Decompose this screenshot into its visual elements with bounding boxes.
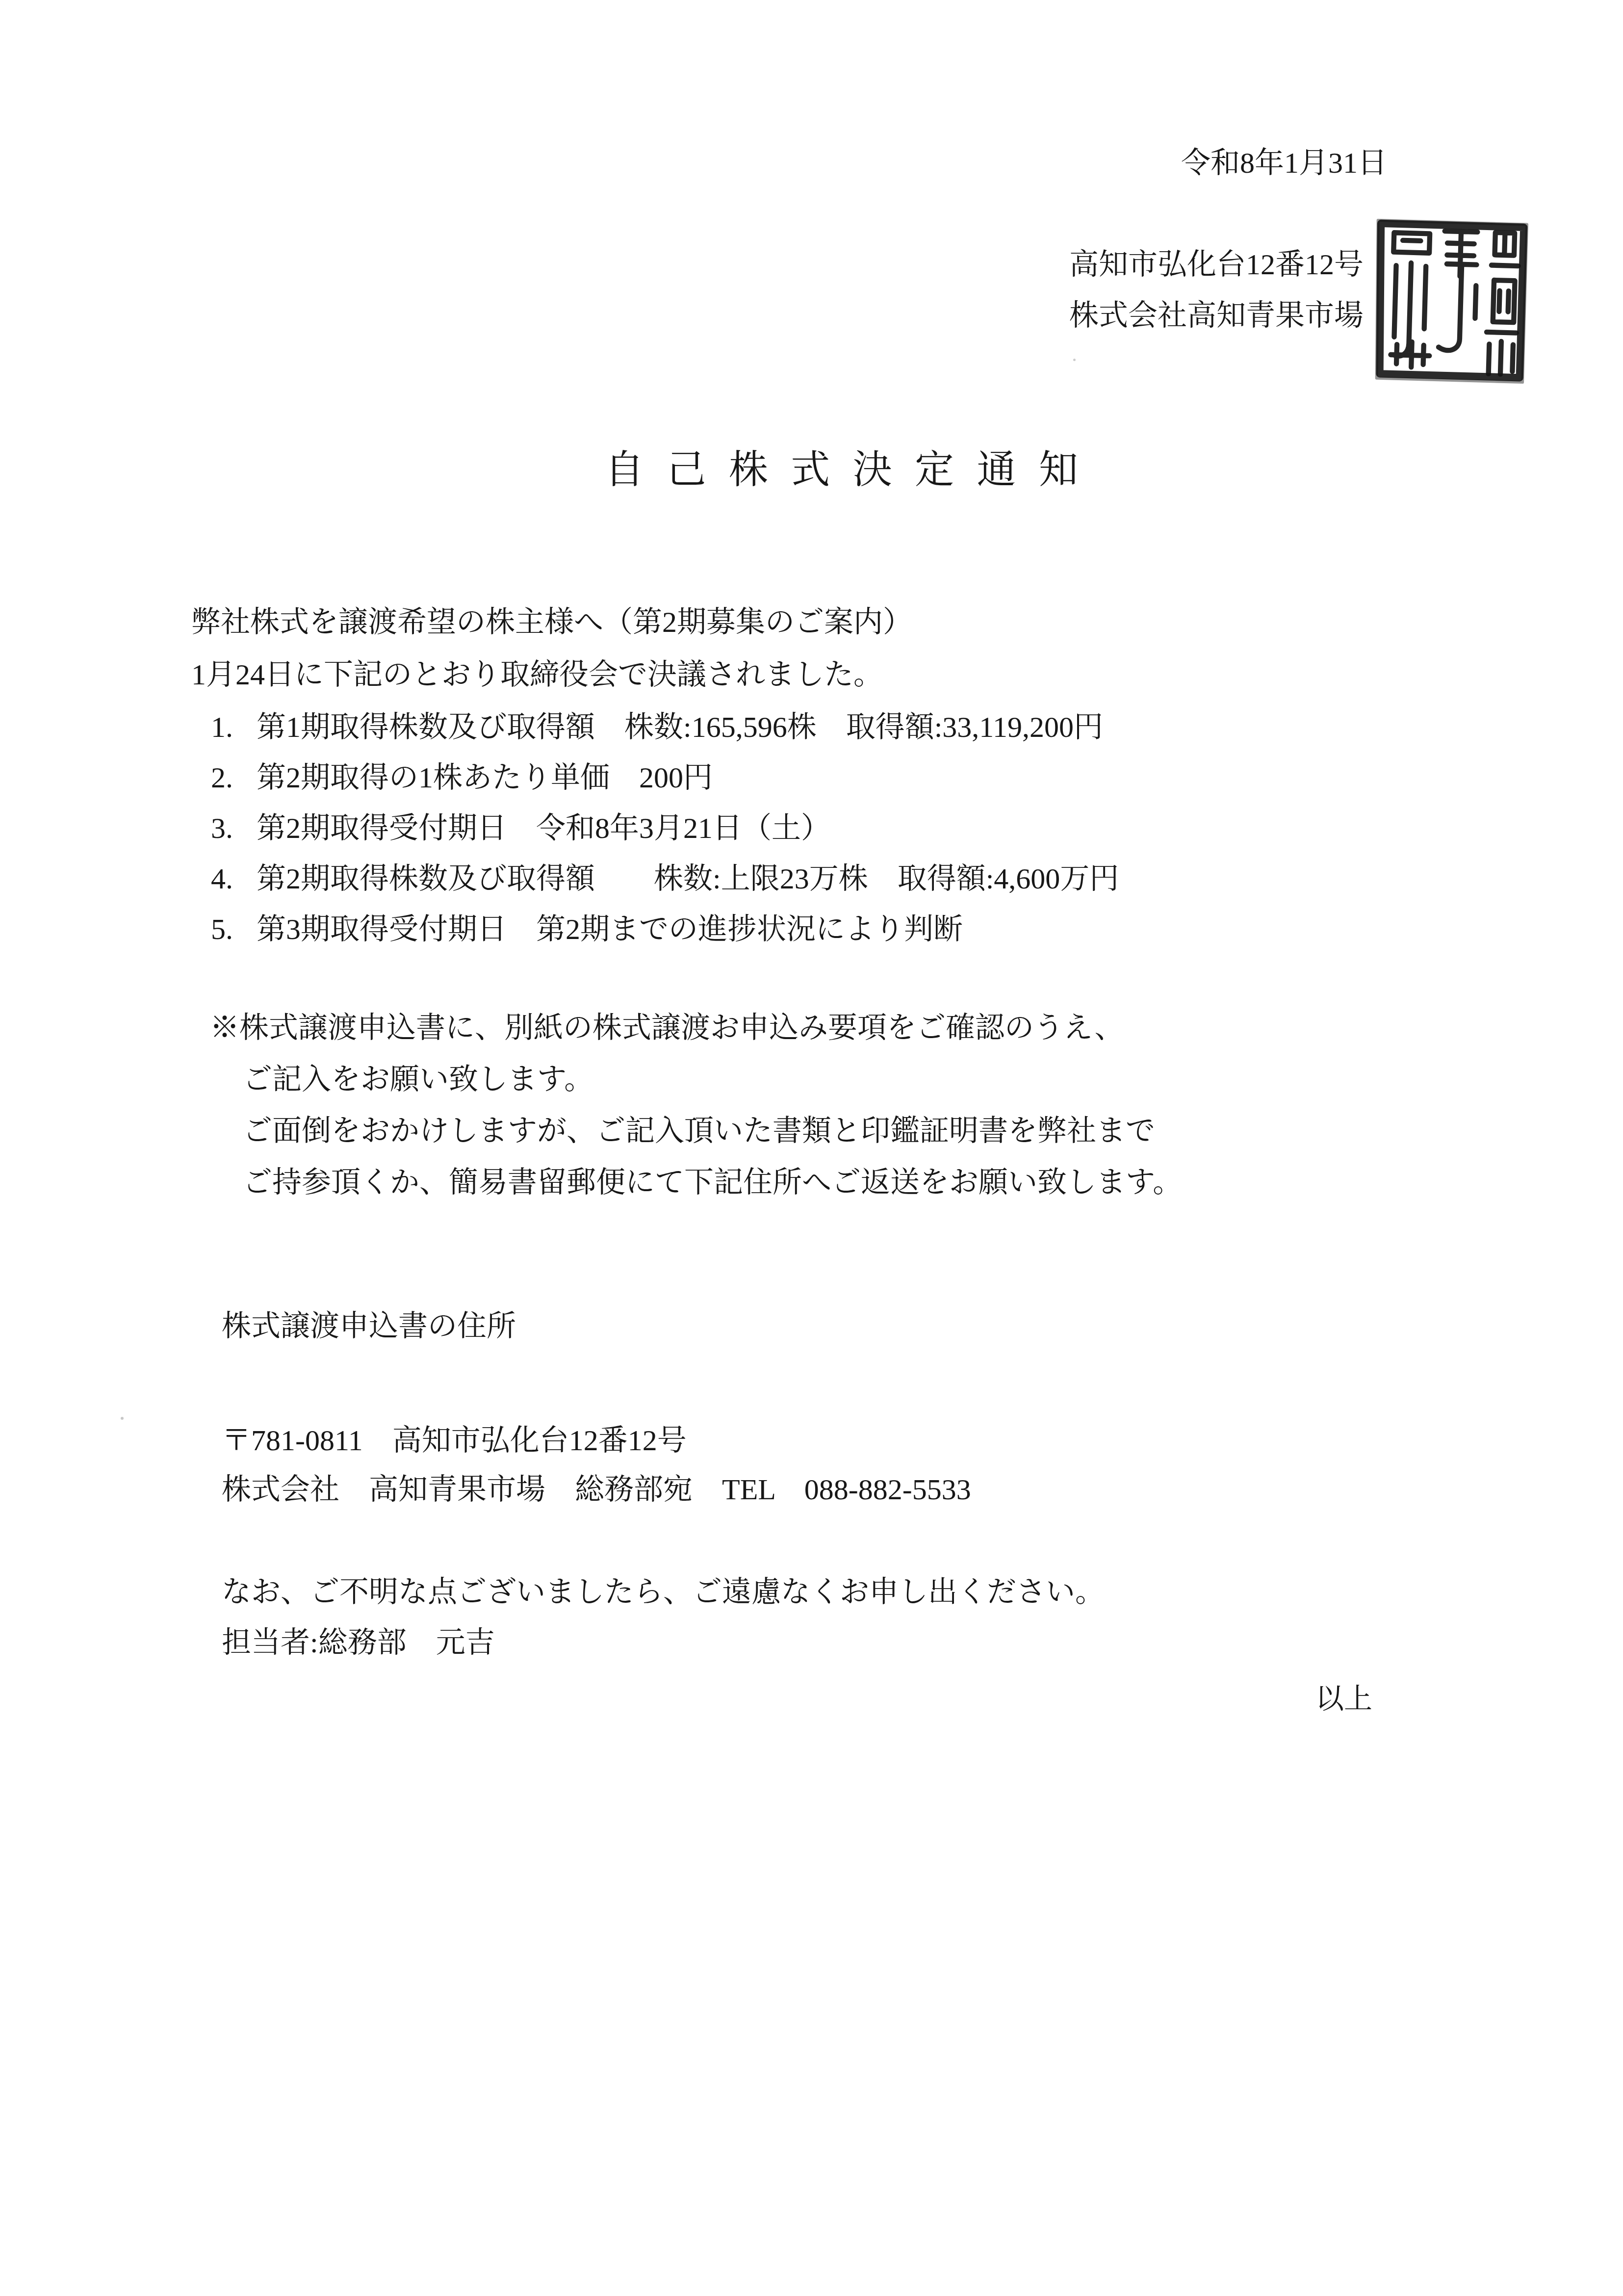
list-item-number: 3. bbox=[211, 803, 257, 854]
reply-address-block: 〒781-0811 高知市弘化台12番12号 株式会社 高知青果市場 総務部宛 … bbox=[222, 1416, 971, 1514]
sender-company: 株式会社高知青果市場 bbox=[1069, 290, 1364, 341]
list-item: 2.第2期取得の1株あたり単価 200円 bbox=[211, 753, 1119, 803]
list-item-number: 4. bbox=[211, 854, 257, 904]
list-item-text: 第3期取得受付期日 第2期までの進捗状況により判断 bbox=[257, 913, 963, 945]
decision-list: 1.第1期取得株数及び取得額 株数:165,596株 取得額:33,119,20… bbox=[211, 702, 1119, 955]
note-line-1: ※株式譲渡申込書に、別紙の株式譲渡お申込み要項をご確認のうえ、 bbox=[210, 1002, 1182, 1054]
note-block: ※株式譲渡申込書に、別紙の株式譲渡お申込み要項をご確認のうえ、 ご記入をお願い致… bbox=[210, 1002, 1182, 1208]
note-line-4: ご持参頂くか、簡易書留郵便にて下記住所へご返送をお願い致します。 bbox=[243, 1157, 1182, 1208]
intro-line-1: 弊社株式を譲渡希望の株主様へ（第2期募集のご案内） bbox=[191, 596, 912, 649]
list-item-number: 1. bbox=[211, 702, 257, 753]
list-item: 3.第2期取得受付期日 令和8年3月21日（土） bbox=[211, 803, 1119, 854]
list-item-text: 第2期取得受付期日 令和8年3月21日（土） bbox=[257, 812, 830, 844]
list-item: 1.第1期取得株数及び取得額 株数:165,596株 取得額:33,119,20… bbox=[211, 702, 1119, 753]
issue-date: 令和8年1月31日 bbox=[1181, 148, 1387, 178]
list-item: 5.第3期取得受付期日 第2期までの進捗状況により判断 bbox=[211, 904, 1119, 955]
document-page: 令和8年1月31日 高知市弘化台12番12号 株式会社高知青果市場 自己株式決定… bbox=[0, 0, 1623, 2296]
end-marker: 以上 bbox=[1315, 1685, 1372, 1713]
postal-address: 〒781-0811 高知市弘化台12番12号 bbox=[222, 1416, 971, 1465]
sender-block: 高知市弘化台12番12号 株式会社高知青果市場 bbox=[1069, 239, 1364, 341]
list-item-text: 第1期取得株数及び取得額 株数:165,596株 取得額:33,119,200円 bbox=[257, 711, 1103, 743]
closing-note: なお、ご不明な点ございましたら、ご遠慮なくお申し出ください。 bbox=[222, 1567, 1105, 1618]
scan-speck bbox=[121, 1417, 124, 1420]
list-item-number: 5. bbox=[211, 904, 257, 955]
document-title: 自己株式決定通知 bbox=[0, 450, 1623, 490]
company-contact-line: 株式会社 高知青果市場 総務部宛 TEL 088-882-5533 bbox=[222, 1465, 971, 1514]
closing-block: なお、ご不明な点ございましたら、ご遠慮なくお申し出ください。 担当者:総務部 元… bbox=[222, 1567, 1105, 1668]
note-line-2: ご記入をお願い致します。 bbox=[243, 1054, 1182, 1105]
intro-paragraph: 弊社株式を譲渡希望の株主様へ（第2期募集のご案内） 1月24日に下記のとおり取締… bbox=[191, 596, 912, 701]
list-item-text: 第2期取得株数及び取得額 株数:上限23万株 取得額:4,600万円 bbox=[257, 862, 1119, 895]
note-line-3: ご面倒をおかけしますが、ご記入頂いた書類と印鑑証明書を弊社まで bbox=[243, 1105, 1182, 1157]
list-item-text: 第2期取得の1株あたり単価 200円 bbox=[257, 761, 713, 794]
company-seal-stamp bbox=[1368, 212, 1532, 385]
scan-speck bbox=[1073, 359, 1076, 361]
sender-address: 高知市弘化台12番12号 bbox=[1069, 239, 1364, 290]
list-item-number: 2. bbox=[211, 753, 257, 803]
address-section-heading: 株式譲渡申込書の住所 bbox=[222, 1309, 516, 1344]
list-item: 4.第2期取得株数及び取得額 株数:上限23万株 取得額:4,600万円 bbox=[211, 854, 1119, 904]
intro-line-2: 1月24日に下記のとおり取締役会で決議されました。 bbox=[191, 649, 912, 701]
contact-person: 担当者:総務部 元吉 bbox=[222, 1618, 1105, 1668]
